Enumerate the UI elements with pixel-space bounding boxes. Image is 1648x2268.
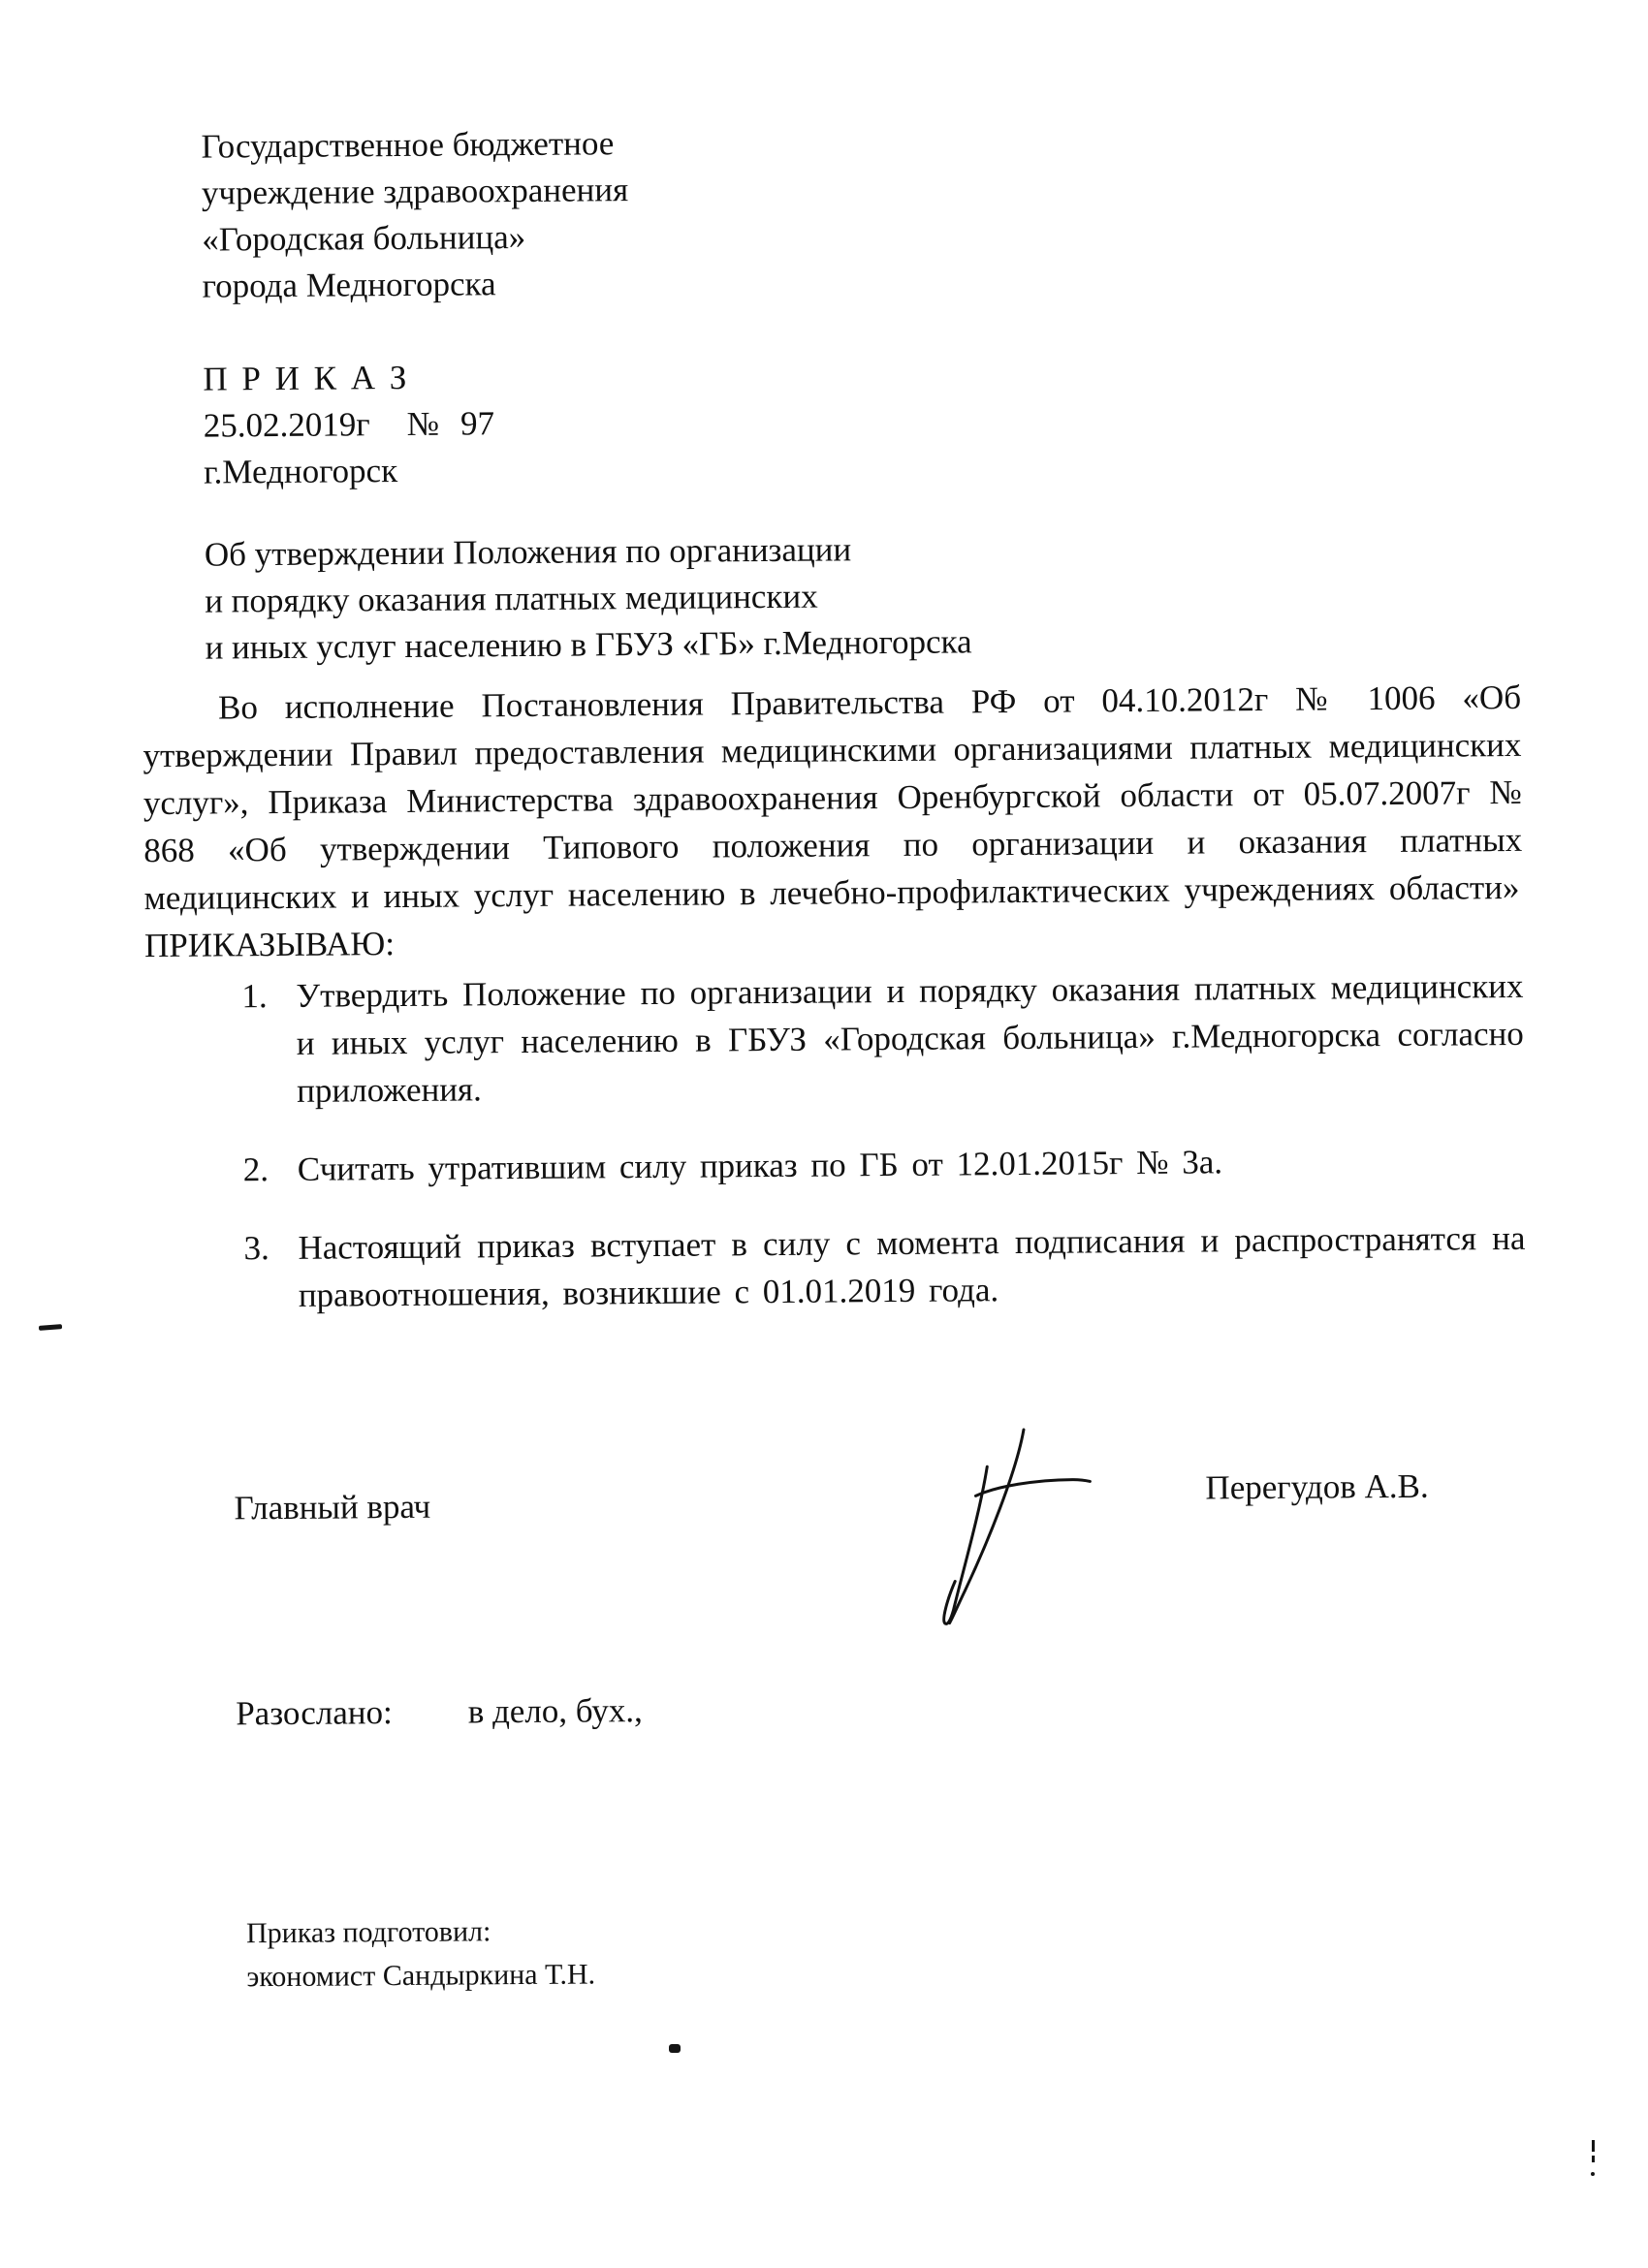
signer-position-label: Главный врач bbox=[234, 1488, 430, 1528]
order-number-sign: № bbox=[407, 405, 440, 443]
organization-header: Государственное бюджетное учреждение здр… bbox=[201, 120, 629, 309]
prepared-by-label: Приказ подготовил: bbox=[246, 1908, 595, 1955]
signature-ink bbox=[919, 1425, 1115, 1630]
scan-content: Государственное бюджетное учреждение здр… bbox=[0, 0, 1648, 2268]
scanned-order-document: Государственное бюджетное учреждение здр… bbox=[0, 0, 1648, 2268]
order-dateline: 25.02.2019г№97 bbox=[204, 400, 495, 449]
order-body: Во исполнение Постановления Правительств… bbox=[143, 674, 1526, 1351]
scan-artifact-tick bbox=[1592, 2156, 1595, 2162]
order-date: 25.02.2019г bbox=[204, 405, 370, 444]
org-header-line: города Медногорска bbox=[202, 260, 629, 309]
scan-artifact-blot bbox=[669, 2044, 681, 2053]
distribution-line: Разослано:в дело, бух., bbox=[236, 1691, 643, 1733]
prepared-by-block: Приказ подготовил: экономист Сандыркина … bbox=[246, 1908, 595, 1999]
org-header-line: учреждение здравоохранения bbox=[202, 167, 629, 216]
subject-line: и иных услуг населению в ГБУЗ «ГБ» г.Мед… bbox=[205, 618, 971, 671]
preamble-paragraph: Во исполнение Постановления Правительств… bbox=[143, 674, 1523, 922]
subject-line: Об утверждении Положения по организации bbox=[205, 525, 971, 578]
order-title: П Р И К А З bbox=[203, 354, 494, 402]
scan-artifact-dot bbox=[1591, 2172, 1595, 2176]
decree-item: Утвердить Положение по организации и пор… bbox=[241, 962, 1524, 1115]
decree-word: ПРИКАЗЫВАЮ: bbox=[144, 911, 1523, 969]
prepared-by-name: экономист Сандыркина Т.Н. bbox=[246, 1952, 595, 1999]
decree-items-list: Утвердить Положение по организации и пор… bbox=[144, 962, 1526, 1320]
subject-line: и порядку оказания платных медицинских bbox=[205, 572, 971, 624]
scan-artifact-tick bbox=[1592, 2140, 1595, 2152]
distribution-value: в дело, бух., bbox=[468, 1691, 643, 1730]
decree-item: Считать утратившим силу приказ по ГБ от … bbox=[243, 1136, 1525, 1193]
order-heading: П Р И К А З 25.02.2019г№97 г.Медногорск bbox=[203, 354, 494, 495]
org-header-line: «Городская больница» bbox=[202, 213, 629, 263]
order-number: 97 bbox=[460, 404, 494, 442]
distribution-label: Разослано: bbox=[236, 1693, 393, 1732]
signer-name: Перегудов А.В. bbox=[1205, 1467, 1429, 1508]
order-city: г.Медногорск bbox=[204, 447, 495, 495]
order-subject: Об утверждении Положения по организации … bbox=[205, 525, 972, 671]
decree-item: Настоящий приказ вступает в силу с момен… bbox=[243, 1214, 1526, 1319]
org-header-line: Государственное бюджетное bbox=[201, 120, 628, 170]
